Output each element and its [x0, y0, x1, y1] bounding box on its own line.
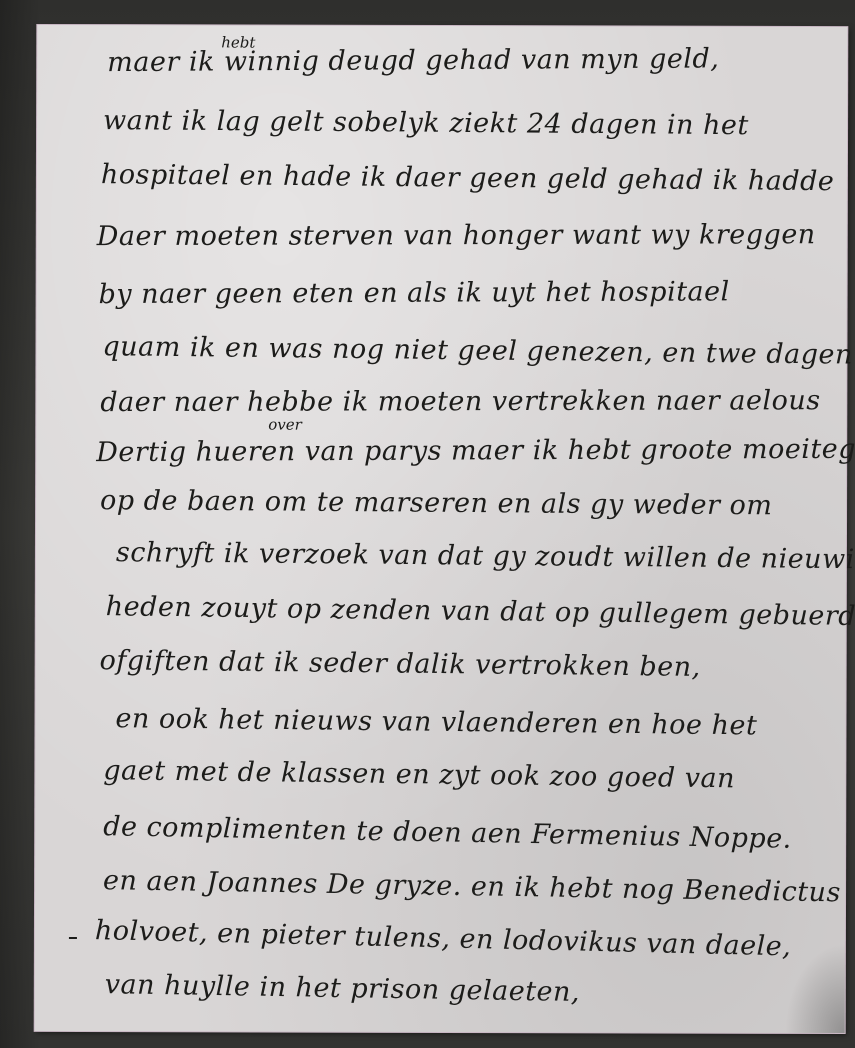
text-line-3: hospitael en hade ik daer geen geld geha… — [101, 159, 835, 197]
margin-dash-mark — [69, 937, 77, 939]
text-line-9: op de baen om te marseren en als gy wede… — [100, 485, 773, 521]
text-line-11: heden zouyt op zenden van dat op gullege… — [106, 591, 855, 632]
text-line-1: maer ik winnig deugd gehad van myn geld, — [107, 43, 719, 78]
text-line-16: en aen Joannes De gryze. en ik hebt nog … — [103, 865, 841, 908]
text-line-4: Daer moeten sterven van honger want wy k… — [97, 219, 816, 252]
text-line-5: by naer geen eten en als ik uyt het hosp… — [99, 276, 730, 310]
text-line-2: want ik lag gelt sobelyk ziekt 24 dagen … — [103, 105, 749, 141]
text-line-12: ofgiften dat ik seder dalik vertrokken b… — [99, 645, 700, 683]
text-line-7: daer naer hebbe ik moeten vertrekken nae… — [100, 385, 820, 418]
text-line-13: en ook het nieuws van vlaenderen en hoe … — [115, 703, 757, 741]
text-line-17: holvoet, en pieter tulens, en lodovikus … — [95, 915, 792, 962]
text-line-18: van huylle in het prison gelaeten, — [105, 969, 581, 1008]
text-line-14: gaet met de klassen en zyt ook zoo goed … — [103, 755, 735, 794]
text-line-15: de complimenten te doen aen Fermenius No… — [103, 811, 792, 855]
manuscript-page: hebt maer ik winnig deugd gehad van myn … — [35, 25, 848, 1033]
text-line-10: schryft ik verzoek van dat gy zoudt will… — [116, 537, 855, 575]
text-line-6: quam ik en was nog niet geel genezen, en… — [102, 331, 853, 371]
interlinear-insert-over: over — [268, 416, 302, 434]
text-line-8: Dertig hueren van parys maer ik hebt gro… — [96, 433, 855, 468]
